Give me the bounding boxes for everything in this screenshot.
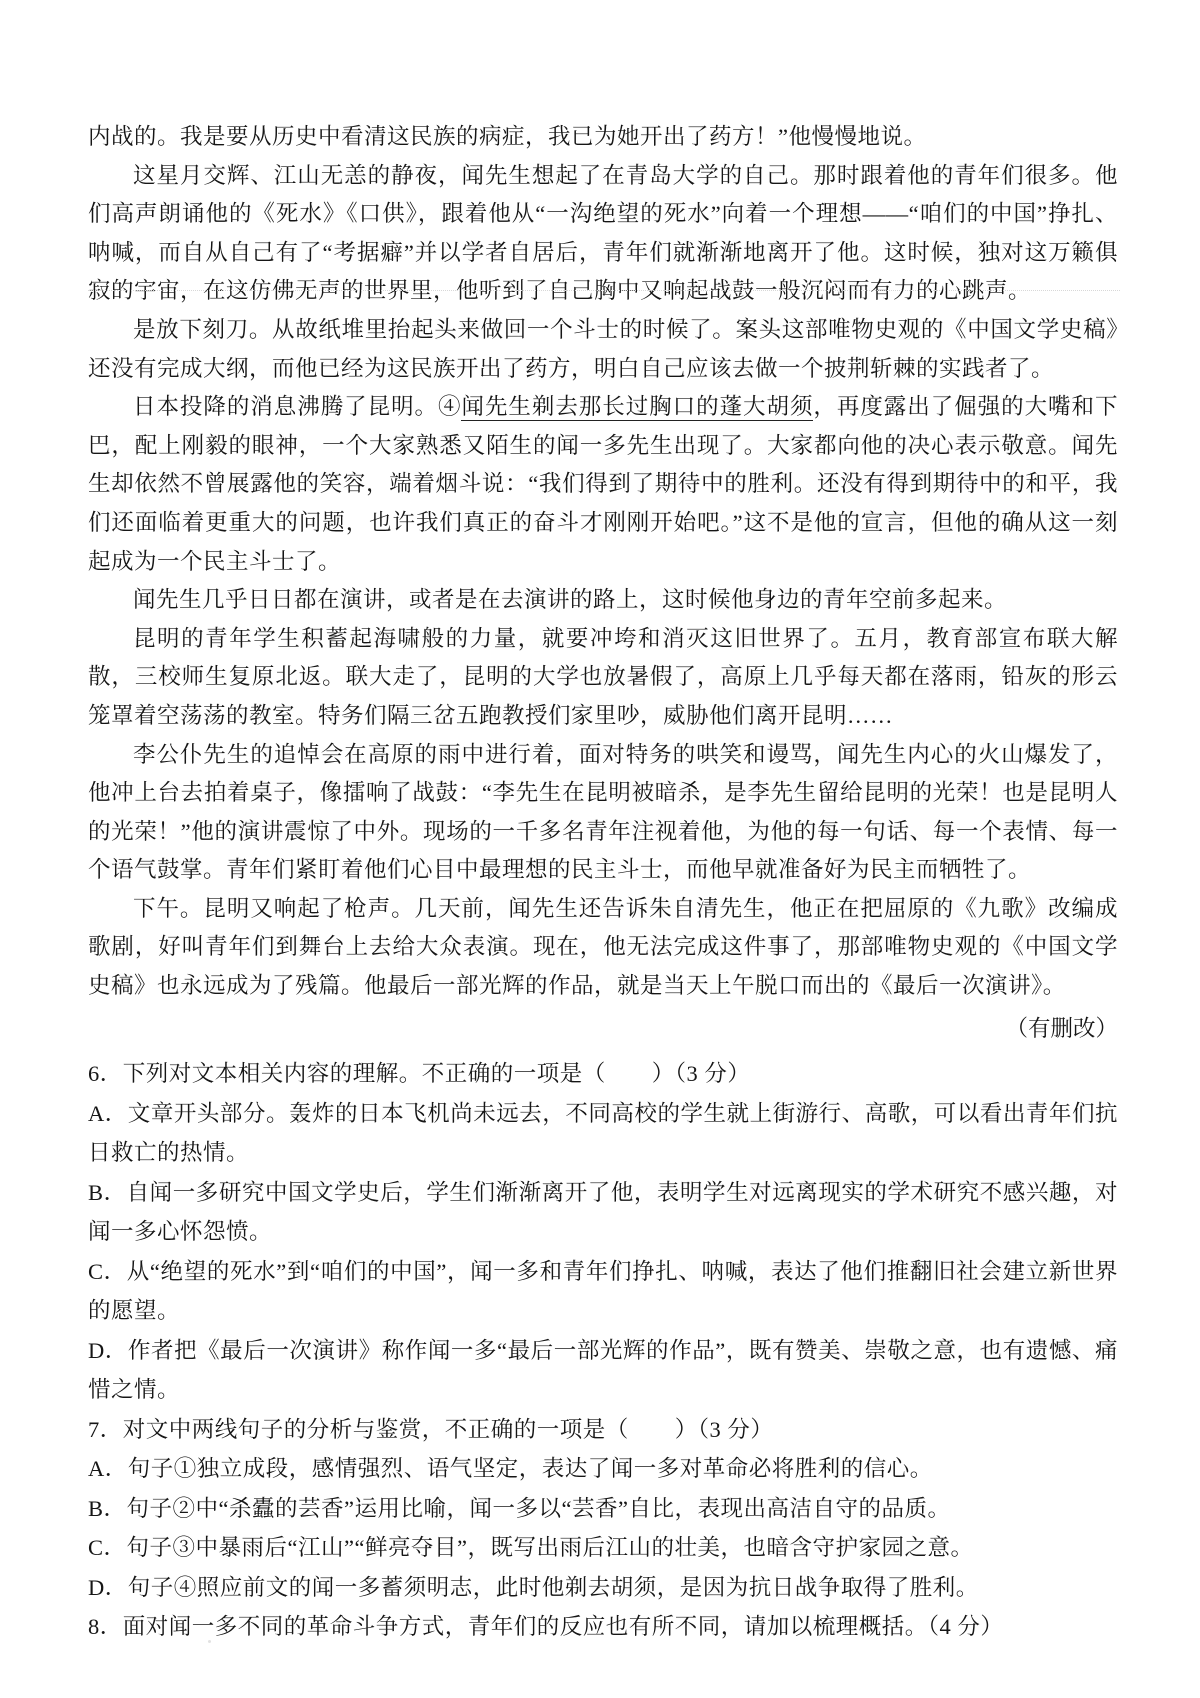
question-6-option-c: C．从“绝望的死水”到“咱们的中国”，闻一多和青年们挣扎、呐喊，表达了他们推翻旧… — [88, 1252, 1118, 1331]
question-7-option-b: B．句子②中“杀蠹的芸香”运用比喻，闻一多以“芸香”自比，表现出高洁自守的品质。 — [88, 1489, 1118, 1529]
question-6-option-b: B．自闻一多研究中国文学史后，学生们渐渐离开了他，表明学生对远离现实的学术研究不… — [88, 1173, 1118, 1252]
question-7-option-a: A．句子①独立成段，感情强烈、语气坚定，表达了闻一多对革命必将胜利的信心。 — [88, 1449, 1118, 1489]
passage-paragraph: 是放下刻刀。从故纸堆里抬起头来做回一个斗士的时候了。案头这部唯物史观的《中国文学… — [88, 311, 1118, 388]
question-6-option-a: A．文章开头部分。轰炸的日本飞机尚未远去，不同高校的学生就上街游行、高歌，可以看… — [88, 1094, 1118, 1173]
underlined-sentence-4: 闻先生剃去那长过胸口的蓬大胡须 — [461, 394, 813, 421]
scan-artifact-line — [88, 290, 1120, 291]
question-7-stem: 7．对文中两线句子的分析与鉴赏，不正确的一项是（ ）（3 分） — [88, 1410, 1118, 1450]
question-7-option-d: D．句子④照应前文的闻一多蓄须明志，此时他剃去胡须，是因为抗日战争取得了胜利。 — [88, 1568, 1118, 1608]
passage-text: 日本投降的消息沸腾了昆明。④ — [133, 394, 461, 419]
passage-attribution: （有删改） — [88, 1010, 1118, 1049]
question-8-stem: 8．面对闻一多不同的革命斗争方式，青年们的反应也有所不同，请加以梳理概括。（4 … — [88, 1607, 1118, 1647]
question-6: 6．下列对文本相关内容的理解。不正确的一项是（ ）（3 分） A．文章开头部分。… — [88, 1054, 1118, 1410]
passage-paragraph: 闻先生几乎日日都在演讲，或者是在去演讲的路上，这时候他身边的青年空前多起来。 — [88, 581, 1118, 620]
passage-paragraph-continuation: 内战的。我是要从历史中看清这民族的病症，我已为她开出了药方！”他慢慢地说。 — [88, 118, 1118, 157]
passage-paragraph: 昆明的青年学生积蓄起海啸般的力量，就要冲垮和消灭这旧世界了。五月，教育部宣布联大… — [88, 620, 1118, 736]
scan-artifact-dot — [208, 1640, 211, 1643]
exam-page: 内战的。我是要从历史中看清这民族的病症，我已为她开出了药方！”他慢慢地说。 这星… — [0, 0, 1200, 1698]
passage-paragraph: 李公仆先生的追悼会在高原的雨中进行着，面对特务的哄笑和谩骂，闻先生内心的火山爆发… — [88, 736, 1118, 890]
question-6-option-d: D．作者把《最后一次演讲》称作闻一多“最后一部光辉的作品”，既有赞美、崇敬之意，… — [88, 1331, 1118, 1410]
question-6-stem: 6．下列对文本相关内容的理解。不正确的一项是（ ）（3 分） — [88, 1054, 1118, 1094]
passage-paragraph-with-underline: 日本投降的消息沸腾了昆明。④闻先生剃去那长过胸口的蓬大胡须，再度露出了倔强的大嘴… — [88, 388, 1118, 581]
passage-text: ，再度露出了倔强的大嘴和下巴，配上刚毅的眼神，一个大家熟悉又陌生的闻一多先生出现… — [88, 394, 1118, 573]
question-section: 6．下列对文本相关内容的理解。不正确的一项是（ ）（3 分） A．文章开头部分。… — [88, 1054, 1118, 1647]
reading-passage: 内战的。我是要从历史中看清这民族的病症，我已为她开出了药方！”他慢慢地说。 这星… — [88, 118, 1118, 1048]
question-8: 8．面对闻一多不同的革命斗争方式，青年们的反应也有所不同，请加以梳理概括。（4 … — [88, 1607, 1118, 1647]
passage-paragraph: 这星月交辉、江山无恙的静夜，闻先生想起了在青岛大学的自己。那时跟着他的青年们很多… — [88, 157, 1118, 311]
passage-paragraph: 下午。昆明又响起了枪声。几天前，闻先生还告诉朱自清先生，他正在把屈原的《九歌》改… — [88, 890, 1118, 1006]
question-7-option-c: C．句子③中暴雨后“江山”“鲜亮夺目”，既写出雨后江山的壮美，也暗含守护家园之意… — [88, 1528, 1118, 1568]
question-7: 7．对文中两线句子的分析与鉴赏，不正确的一项是（ ）（3 分） A．句子①独立成… — [88, 1410, 1118, 1608]
